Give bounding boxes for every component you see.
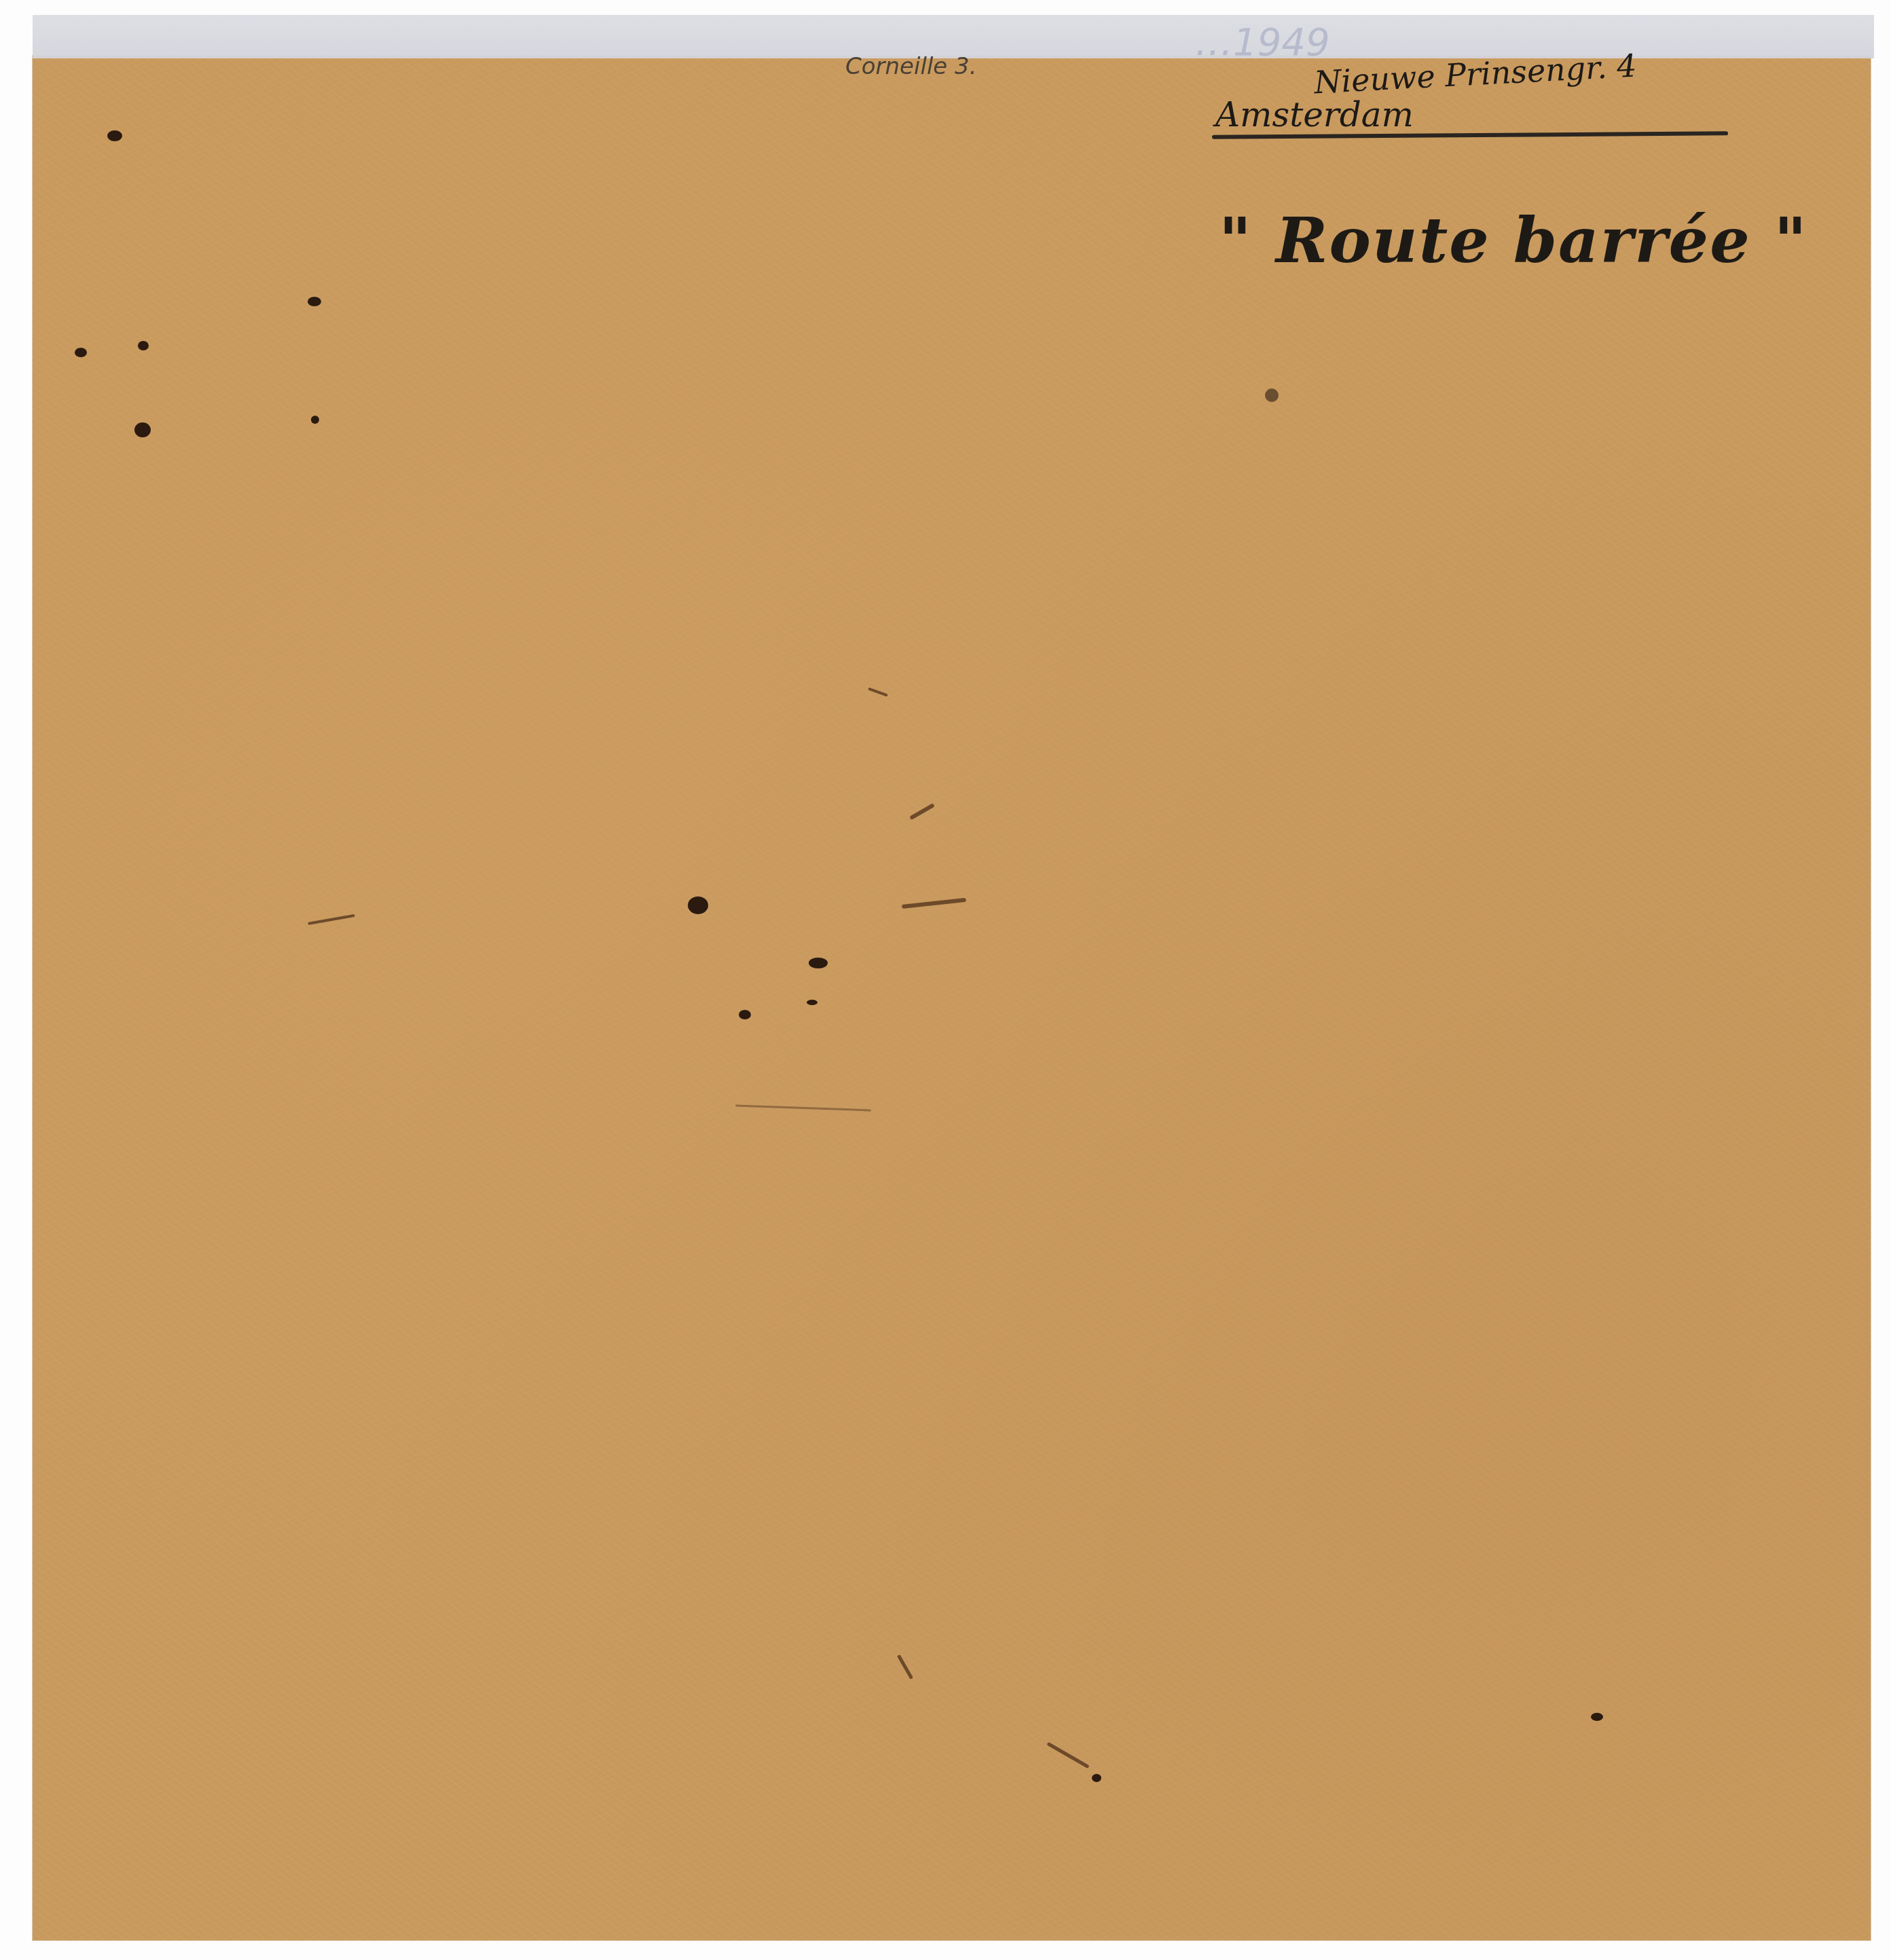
paint-streak xyxy=(897,1654,913,1680)
paint-stain xyxy=(739,1010,751,1019)
paint-streak xyxy=(868,687,888,697)
paint-stain xyxy=(308,297,321,306)
address-line-2: Amsterdam xyxy=(1215,95,1414,134)
paint-streak xyxy=(308,914,355,925)
paint-streak xyxy=(735,1105,871,1112)
paint-stain xyxy=(809,958,828,968)
paint-stain xyxy=(311,416,319,424)
paint-stain xyxy=(1092,1774,1101,1782)
paint-streak xyxy=(902,898,966,909)
paint-stain xyxy=(138,341,149,350)
paint-stain xyxy=(807,1000,818,1005)
pencil-label: Corneille 3. xyxy=(845,53,977,80)
paint-stain xyxy=(688,896,708,914)
paint-streak xyxy=(1046,1742,1089,1768)
paint-stain xyxy=(1591,1713,1603,1721)
paint-stain xyxy=(75,348,87,357)
hardboard-back xyxy=(33,56,1871,1940)
paint-streak xyxy=(909,803,935,820)
paint-stain xyxy=(107,130,122,141)
tape-ghost-text: …1949 xyxy=(1195,20,1330,65)
artwork-title: " Route barrée " xyxy=(1219,204,1808,277)
paint-stain xyxy=(1265,388,1279,402)
paint-stain xyxy=(134,422,151,437)
